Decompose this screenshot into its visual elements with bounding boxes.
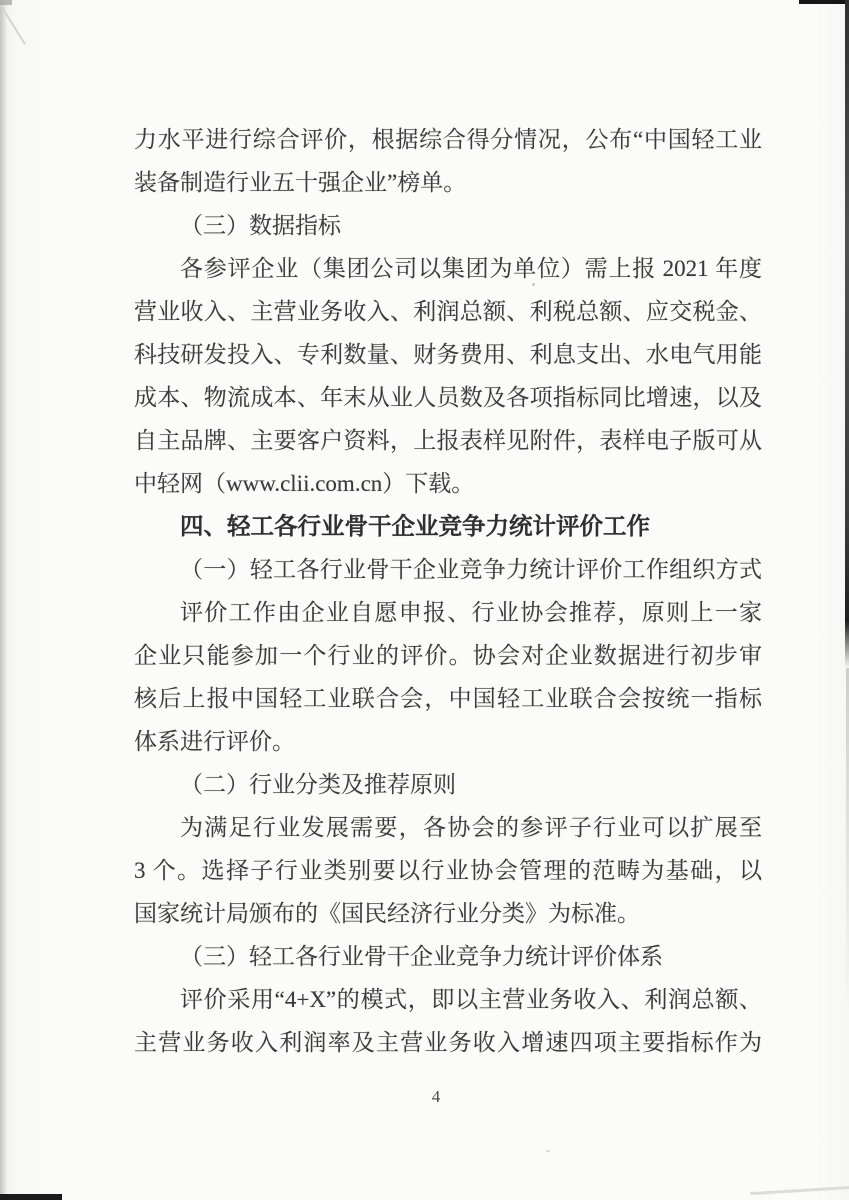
text-line: 成本、物流成本、年末从业人员数及各项指标同比增速，以及 [134, 376, 762, 419]
text-line: 体系进行评价。 [134, 720, 762, 763]
section-heading: 四、轻工各行业骨干企业竞争力统计评价工作 [134, 505, 762, 548]
text-line: 国家统计局颁布的《国民经济行业分类》为标准。 [134, 892, 762, 935]
scan-edge-right-line [845, 0, 849, 668]
text-line: 营业收入、主营业务收入、利润总额、利税总额、应交税金、 [134, 290, 762, 333]
page-number: 4 [134, 1086, 738, 1108]
scan-strip-top-right [799, 0, 849, 4]
scan-speck [532, 283, 535, 286]
text-line: 主营业务收入利润率及主营业务收入增速四项主要指标作为 [134, 1021, 762, 1064]
text-line-with-url: 中轻网（www.clii.com.cn）下载。 [134, 462, 762, 505]
text-line: 科技研发投入、专利数量、财务费用、利息支出、水电气用能 [134, 333, 762, 376]
text-line: 装备制造行业五十强企业”榜单。 [134, 161, 762, 204]
subsection-heading-line: （一）轻工各行业骨干企业竞争力统计评价工作组织方式 [134, 548, 762, 591]
text-line: 力水平进行综合评价，根据综合得分情况，公布“中国轻工业 [134, 118, 762, 161]
text-line: 为满足行业发展需要，各协会的参评子行业可以扩展至 [134, 806, 762, 849]
scan-edge-left-shading [0, 0, 7, 1200]
text-line: 3 个。选择子行业类别要以行业协会管理的范畴为基础，以 [134, 849, 762, 892]
scan-bar-bottom-left [0, 1194, 62, 1200]
scan-diagonal-bottom-right [750, 1186, 849, 1195]
document-body: 力水平进行综合评价，根据综合得分情况，公布“中国轻工业 装备制造行业五十强企业”… [134, 118, 762, 1064]
text-line: 各参评企业（集团公司以集团为单位）需上报 2021 年度 [134, 247, 762, 290]
subsection-heading-line: （三）轻工各行业骨干企业竞争力统计评价体系 [134, 935, 762, 978]
text-line: 自主品牌、主要客户资料，上报表样见附件，表样电子版可从 [134, 419, 762, 462]
text-line: 企业只能参加一个行业的评价。协会对企业数据进行初步审 [134, 634, 762, 677]
subsection-heading-line: （二）行业分类及推荐原则 [134, 763, 762, 806]
scan-speck [546, 1150, 550, 1152]
text-line: 评价采用“4+X”的模式，即以主营业务收入、利润总额、 [134, 978, 762, 1021]
subsection-heading-line: （三）数据指标 [134, 204, 762, 247]
scanned-document-page: 力水平进行综合评价，根据综合得分情况，公布“中国轻工业 装备制造行业五十强企业”… [0, 0, 849, 1200]
text-line: 核后上报中国轻工业联合会，中国轻工业联合会按统一指标 [134, 677, 762, 720]
text-line: 评价工作由企业自愿申报、行业协会推荐，原则上一家 [134, 591, 762, 634]
